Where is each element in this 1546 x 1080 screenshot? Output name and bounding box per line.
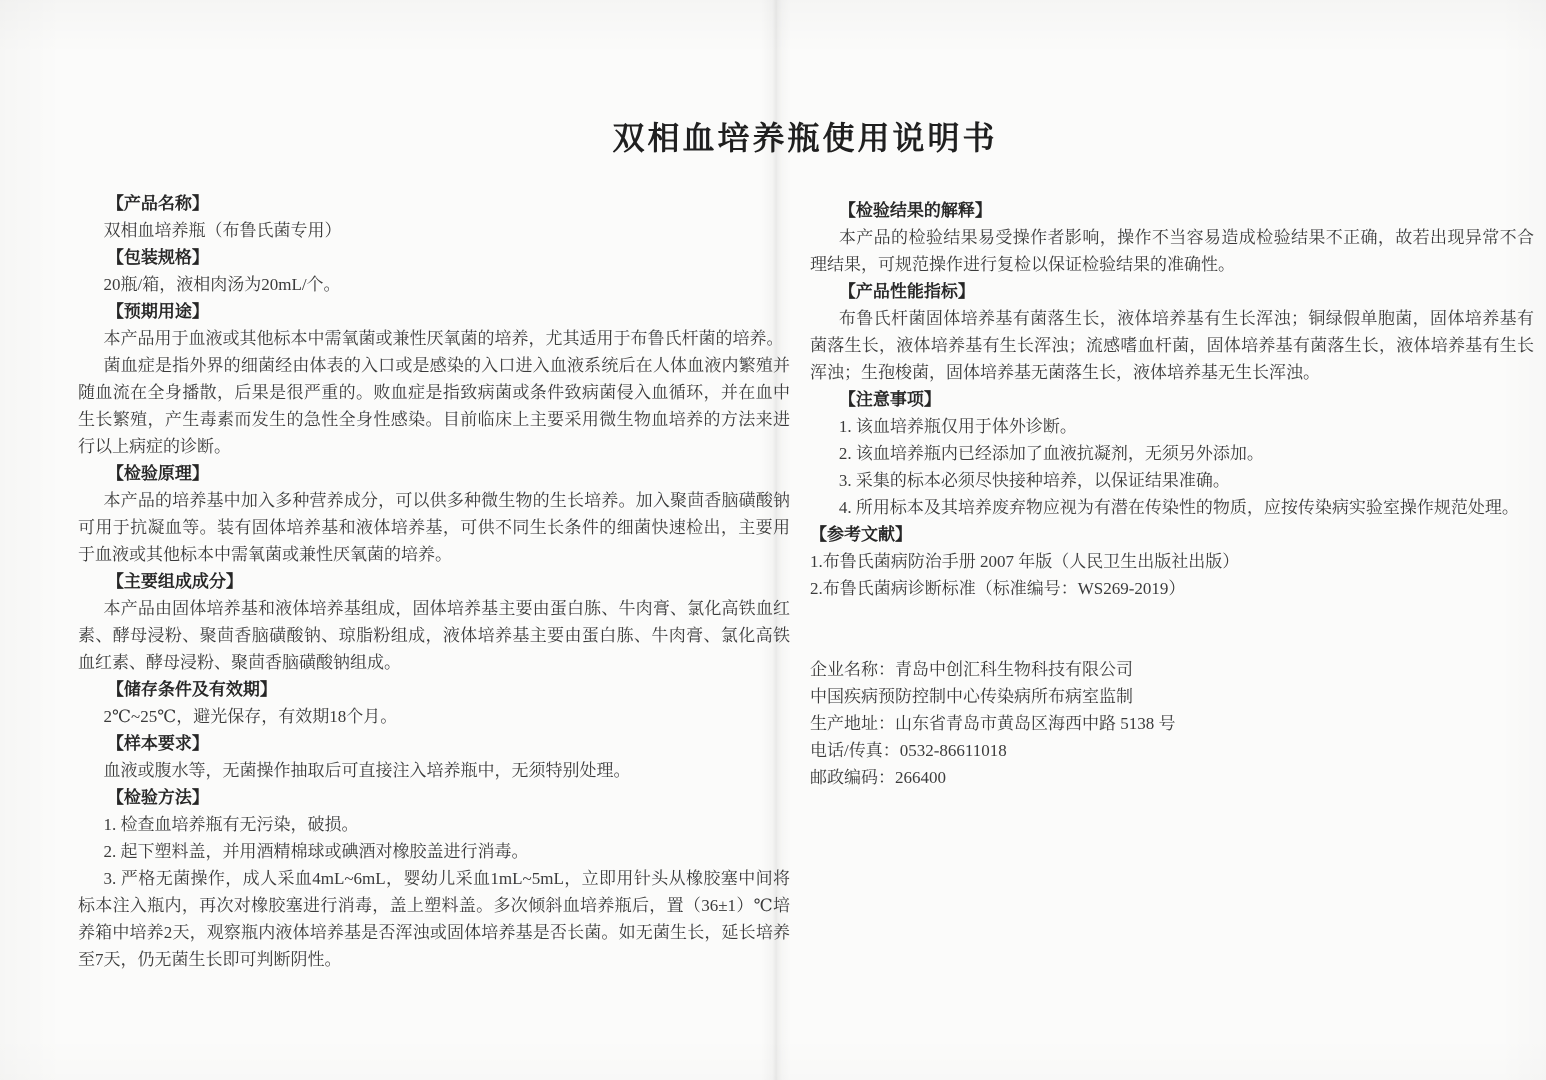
section-references: 【参考文献】 1.布鲁氏菌病防治手册 2007 年版（人民卫生出版社出版） 2.… bbox=[810, 521, 1534, 602]
section-product-name: 【产品名称】 双相血培养瓶（布鲁氏菌专用） bbox=[78, 190, 790, 244]
left-column: 【产品名称】 双相血培养瓶（布鲁氏菌专用） 【包装规格】 20瓶/箱，液相肉汤为… bbox=[78, 190, 790, 973]
section-performance-index: 【产品性能指标】 布鲁氏杆菌固体培养基有菌落生长，液体培养基有生长浑浊；铜绿假单… bbox=[810, 278, 1534, 386]
test-principle-paragraph: 本产品的培养基中加入多种营养成分，可以供多种微生物的生长培养。加入聚茴香脑磺酸钠… bbox=[78, 487, 790, 568]
reference-item-2: 2.布鲁氏菌病诊断标准（标准编号：WS269-2019） bbox=[810, 575, 1534, 602]
phone-fax-line: 电话/传真：0532-86611018 bbox=[810, 737, 1534, 764]
section-heading-product-name: 【产品名称】 bbox=[78, 190, 790, 217]
section-heading-sample-requirements: 【样本要求】 bbox=[78, 730, 790, 757]
test-method-step-3: 3. 严格无菌操作，成人采血4mL~6mL，婴幼儿采血1mL~5mL，立即用针头… bbox=[78, 865, 790, 973]
section-heading-performance-index: 【产品性能指标】 bbox=[810, 278, 1534, 305]
reference-item-1: 1.布鲁氏菌病防治手册 2007 年版（人民卫生出版社出版） bbox=[810, 548, 1534, 575]
section-main-components: 【主要组成成分】 本产品由固体培养基和液体培养基组成，固体培养基主要由蛋白胨、牛… bbox=[78, 568, 790, 676]
intended-use-paragraph-2: 菌血症是指外界的细菌经由体表的入口或是感染的入口进入血液系统后在人体血液内繁殖并… bbox=[78, 352, 790, 460]
section-heading-references: 【参考文献】 bbox=[810, 521, 1534, 548]
section-storage-validity: 【储存条件及有效期】 2℃~25℃，避光保存，有效期18个月。 bbox=[78, 676, 790, 730]
document-title: 双相血培养瓶使用说明书 bbox=[78, 116, 1532, 160]
storage-validity-text: 2℃~25℃，避光保存，有效期18个月。 bbox=[78, 703, 790, 730]
precaution-item-1: 1. 该血培养瓶仅用于体外诊断。 bbox=[810, 413, 1534, 440]
section-heading-precautions: 【注意事项】 bbox=[810, 386, 1534, 413]
precaution-item-2: 2. 该血培养瓶内已经添加了血液抗凝剂，无须另外添加。 bbox=[810, 440, 1534, 467]
section-heading-test-method: 【检验方法】 bbox=[78, 784, 790, 811]
precaution-item-3: 3. 采集的标本必须尽快接种培养，以保证结果准确。 bbox=[810, 467, 1534, 494]
section-test-principle: 【检验原理】 本产品的培养基中加入多种营养成分，可以供多种微生物的生长培养。加入… bbox=[78, 460, 790, 568]
supervision-line: 中国疾病预防控制中心传染病所布病室监制 bbox=[810, 683, 1534, 710]
section-heading-main-components: 【主要组成成分】 bbox=[78, 568, 790, 595]
product-name-text: 双相血培养瓶（布鲁氏菌专用） bbox=[78, 217, 790, 244]
company-info-block: 企业名称：青岛中创汇科生物科技有限公司 中国疾病预防控制中心传染病所布病室监制 … bbox=[810, 656, 1534, 791]
intended-use-paragraph-1: 本产品用于血液或其他标本中需氧菌或兼性厌氧菌的培养，尤其适用于布鲁氏杆菌的培养。 bbox=[78, 325, 790, 352]
section-heading-result-interpretation: 【检验结果的解释】 bbox=[810, 197, 1534, 224]
company-name-line: 企业名称：青岛中创汇科生物科技有限公司 bbox=[810, 656, 1534, 683]
result-interpretation-paragraph: 本产品的检验结果易受操作者影响，操作不当容易造成检验结果不正确，故若出现异常不合… bbox=[810, 224, 1534, 278]
section-heading-test-principle: 【检验原理】 bbox=[78, 460, 790, 487]
packaging-spec-text: 20瓶/箱，液相肉汤为20mL/个。 bbox=[78, 271, 790, 298]
right-column: 【检验结果的解释】 本产品的检验结果易受操作者影响，操作不当容易造成检验结果不正… bbox=[810, 197, 1534, 791]
performance-index-paragraph: 布鲁氏杆菌固体培养基有菌落生长，液体培养基有生长浑浊；铜绿假单胞菌，固体培养基有… bbox=[810, 305, 1534, 386]
main-components-paragraph: 本产品由固体培养基和液体培养基组成，固体培养基主要由蛋白胨、牛肉膏、氯化高铁血红… bbox=[78, 595, 790, 676]
section-heading-storage-validity: 【储存条件及有效期】 bbox=[78, 676, 790, 703]
precaution-item-4: 4. 所用标本及其培养废弃物应视为有潜在传染性的物质，应按传染病实验室操作规范处… bbox=[810, 494, 1534, 521]
section-heading-intended-use: 【预期用途】 bbox=[78, 298, 790, 325]
section-heading-packaging-spec: 【包装规格】 bbox=[78, 244, 790, 271]
section-test-method: 【检验方法】 1. 检查血培养瓶有无污染，破损。 2. 起下塑料盖，并用酒精棉球… bbox=[78, 784, 790, 973]
test-method-step-1: 1. 检查血培养瓶有无污染，破损。 bbox=[78, 811, 790, 838]
postal-code-line: 邮政编码：266400 bbox=[810, 764, 1534, 791]
section-packaging-spec: 【包装规格】 20瓶/箱，液相肉汤为20mL/个。 bbox=[78, 244, 790, 298]
sample-requirements-text: 血液或腹水等，无菌操作抽取后可直接注入培养瓶中，无须特别处理。 bbox=[78, 757, 790, 784]
section-result-interpretation: 【检验结果的解释】 本产品的检验结果易受操作者影响，操作不当容易造成检验结果不正… bbox=[810, 197, 1534, 278]
production-address-line: 生产地址：山东省青岛市黄岛区海西中路 5138 号 bbox=[810, 710, 1534, 737]
section-sample-requirements: 【样本要求】 血液或腹水等，无菌操作抽取后可直接注入培养瓶中，无须特别处理。 bbox=[78, 730, 790, 784]
section-precautions: 【注意事项】 1. 该血培养瓶仅用于体外诊断。 2. 该血培养瓶内已经添加了血液… bbox=[810, 386, 1534, 521]
section-intended-use: 【预期用途】 本产品用于血液或其他标本中需氧菌或兼性厌氧菌的培养，尤其适用于布鲁… bbox=[78, 298, 790, 460]
test-method-step-2: 2. 起下塑料盖，并用酒精棉球或碘酒对橡胶盖进行消毒。 bbox=[78, 838, 790, 865]
scanned-instruction-sheet: 双相血培养瓶使用说明书 【产品名称】 双相血培养瓶（布鲁氏菌专用） 【包装规格】… bbox=[0, 0, 1546, 1080]
